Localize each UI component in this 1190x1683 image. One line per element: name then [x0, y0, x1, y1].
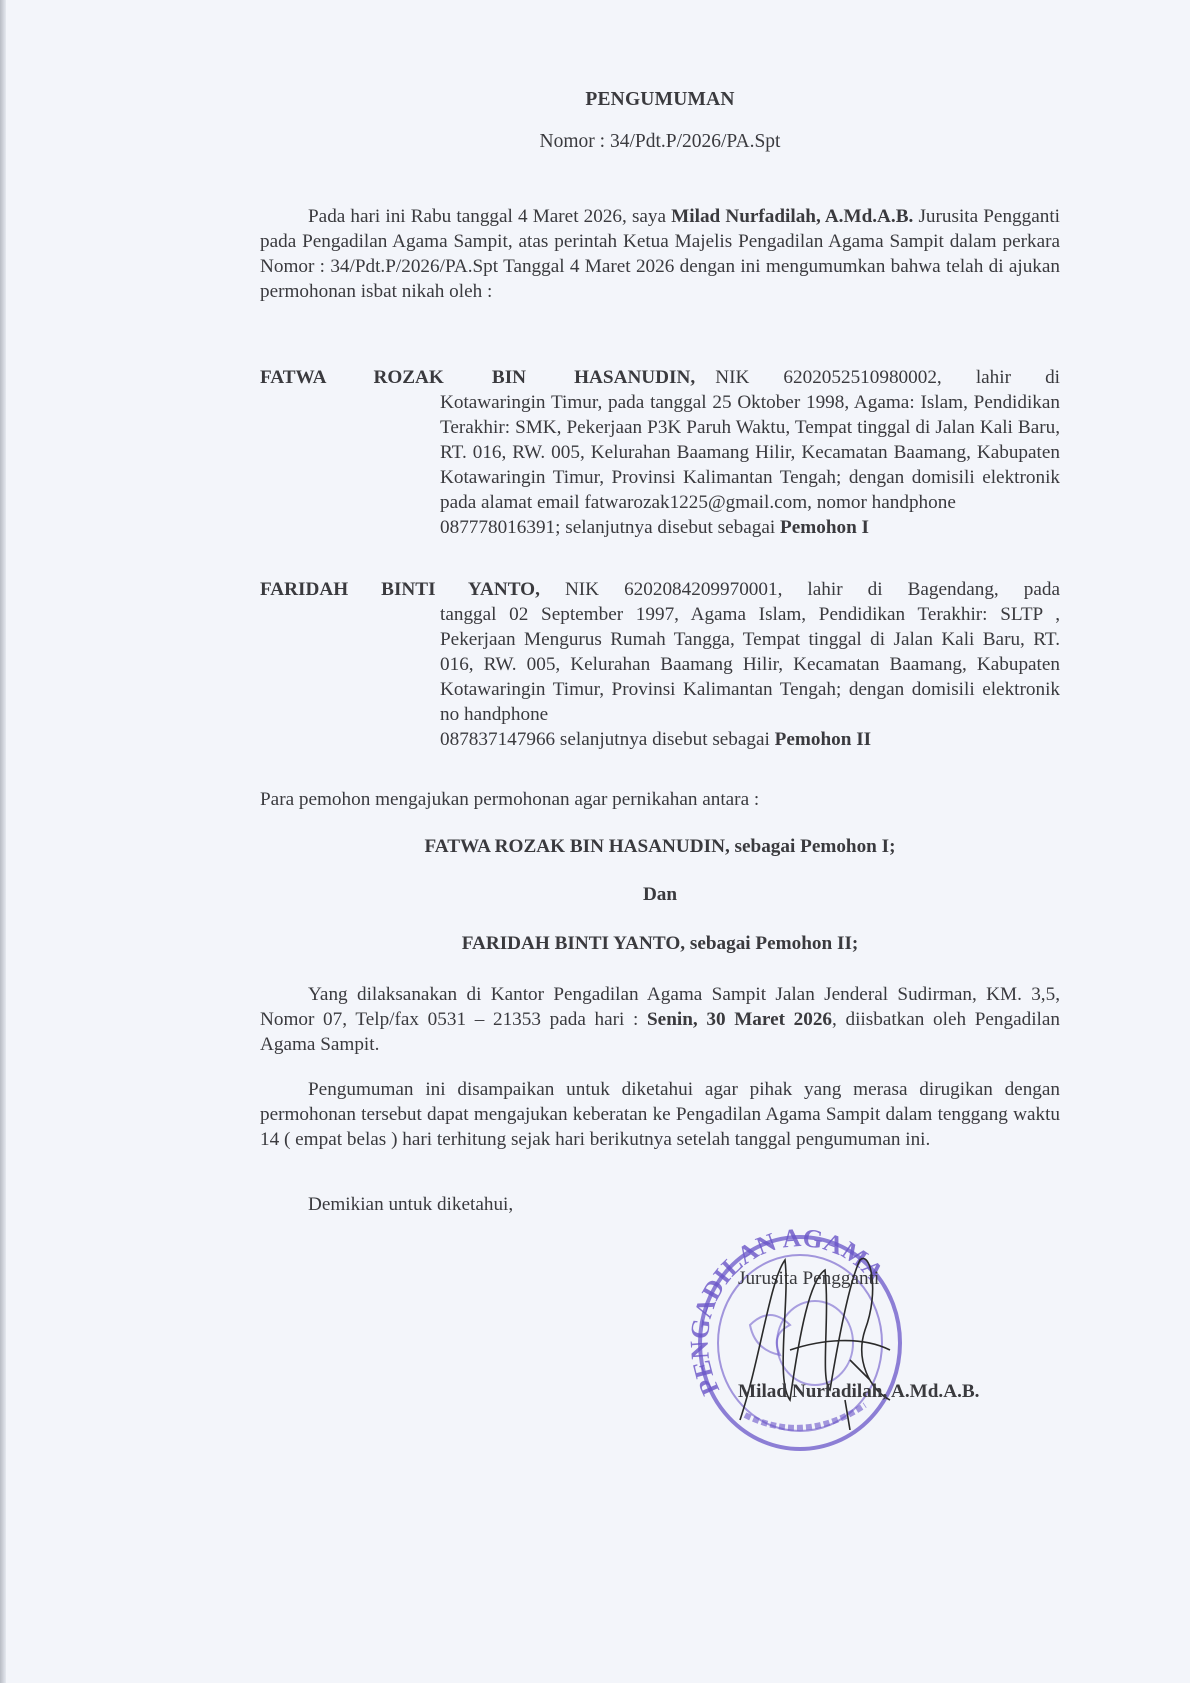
hearing-date: Senin, 30 Maret 2026: [647, 1009, 832, 1030]
hearing-paragraph: Yang dilaksanakan di Kantor Pengadilan A…: [260, 982, 1060, 1057]
party-role: Pemohon I: [780, 517, 869, 538]
party-details: tanggal 02 September 1997, Agama Islam, …: [440, 602, 1060, 752]
scan-edge: [0, 0, 6, 1683]
party-name: FATWA ROZAK BIN HASANUDIN,: [260, 367, 695, 388]
notice-paragraph: Pengumuman ini disampaikan untuk diketah…: [260, 1077, 1060, 1152]
intro-paragraph: Pada hari ini Rabu tanggal 4 Maret 2026,…: [260, 204, 1060, 304]
document-number: Nomor : 34/Pdt.P/2026/PA.Spt: [260, 129, 1060, 154]
request-lead: Para pemohon mengajukan permohonan agar …: [260, 787, 1060, 812]
svg-text:PENGADILAN AGAMA: PENGADILAN AGAMA: [690, 1225, 890, 1400]
party-name: FARIDAH BINTI YANTO,: [260, 579, 540, 600]
party-details: Kotawaringin Timur, pada tanggal 25 Okto…: [440, 390, 1060, 540]
party-applicant-2: FARIDAH BINTI YANTO, NIK 620208420997000…: [260, 577, 1060, 752]
signature-title: Jurusita Pengganti: [738, 1268, 879, 1290]
closing-line: Demikian untuk diketahui,: [260, 1192, 1060, 1217]
document-title: PENGUMUMAN: [260, 87, 1060, 112]
signatory-name: Milad Nurfadilah, A.Md.A.B.: [738, 1381, 979, 1403]
handwritten-signature-icon: [730, 1240, 900, 1430]
request-conjunction: Dan: [260, 882, 1060, 907]
court-stamp-icon: PENGADILAN AGAMA: [690, 1225, 910, 1455]
party-role: Pemohon II: [775, 729, 871, 750]
request-party-1: FATWA ROZAK BIN HASANUDIN, sebagai Pemoh…: [260, 834, 1060, 859]
party-applicant-1: FATWA ROZAK BIN HASANUDIN, NIK 620205251…: [260, 365, 1060, 540]
request-party-2: FARIDAH BINTI YANTO, sebagai Pemohon II;: [260, 931, 1060, 956]
officer-name: Milad Nurfadilah, A.Md.A.B.: [671, 206, 913, 227]
